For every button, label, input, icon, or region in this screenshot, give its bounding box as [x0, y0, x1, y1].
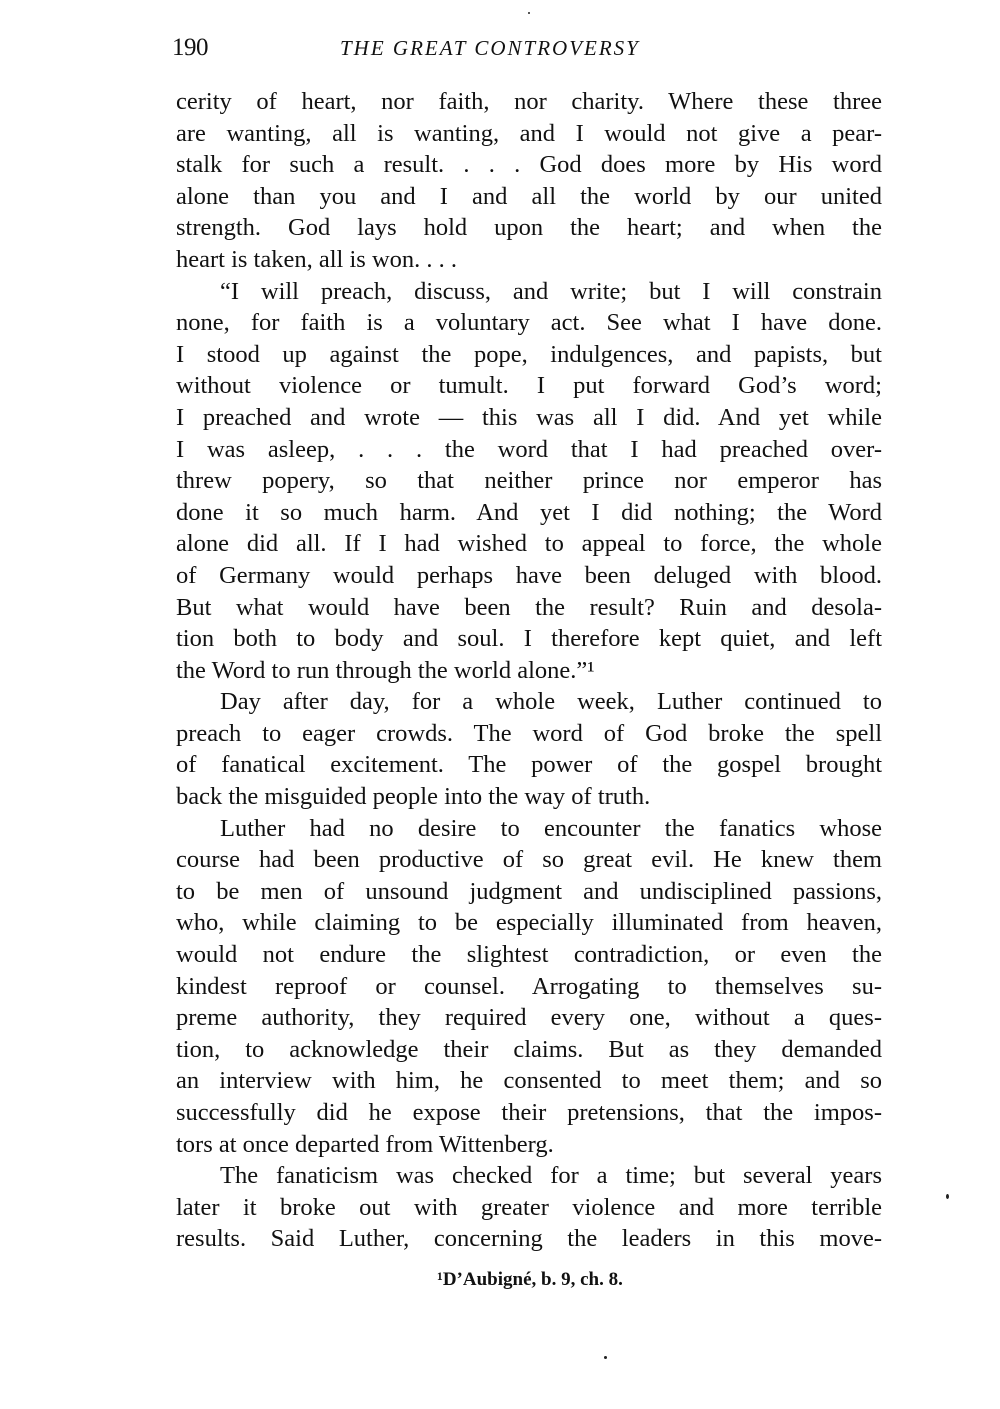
text-line: to be men of unsound judgment and undisc… — [176, 876, 882, 908]
text-line: Day after day, for a whole week, Luther … — [176, 686, 882, 718]
text-line: none, for faith is a voluntary act. See … — [176, 307, 882, 339]
text-line: results. Said Luther, concerning the lea… — [176, 1223, 882, 1255]
scan-speck — [604, 1356, 607, 1359]
text-line: successfully did he expose their pretens… — [176, 1097, 882, 1129]
text-line: But what would have been the result? Rui… — [176, 592, 882, 624]
text-line: tion both to body and soul. I therefore … — [176, 623, 882, 655]
text-line: threw popery, so that neither prince nor… — [176, 465, 882, 497]
text-line: I stood up against the pope, indulgences… — [176, 339, 882, 371]
text-line: “I will preach, discuss, and write; but … — [176, 276, 882, 308]
text-line: are wanting, all is wanting, and I would… — [176, 118, 882, 150]
text-line: I was asleep, . . . the word that I had … — [176, 434, 882, 466]
text-line: heart is taken, all is won. . . . — [176, 244, 882, 276]
text-line: alone did all. If I had wished to appeal… — [176, 528, 882, 560]
paragraph: cerity of heart, nor faith, nor charity.… — [176, 86, 882, 276]
footnote: ¹D’Aubigné, b. 9, ch. 8. — [0, 1269, 1000, 1291]
text-line: preach to eager crowds. The word of God … — [176, 718, 882, 750]
text-line: done it so much harm. And yet I did noth… — [176, 497, 882, 529]
text-line: would not endure the slightest contradic… — [176, 939, 882, 971]
scan-speck — [528, 12, 530, 14]
running-head: 190 THE GREAT CONTROVERSY — [172, 34, 884, 64]
text-line: The fanaticism was checked for a time; b… — [176, 1160, 882, 1192]
text-line: the Word to run through the world alone.… — [176, 655, 882, 687]
page-number: 190 — [172, 34, 208, 62]
book-page: 190 THE GREAT CONTROVERSY cerity of hear… — [0, 0, 1000, 1409]
text-line: later it broke out with greater violence… — [176, 1192, 882, 1224]
text-line: stalk for such a result. . . . God does … — [176, 149, 882, 181]
text-line: tors at once departed from Wittenberg. — [176, 1129, 882, 1161]
text-line: without violence or tumult. I put forwar… — [176, 370, 882, 402]
text-line: who, while claiming to be especially ill… — [176, 907, 882, 939]
text-line: kindest reproof or counsel. Arrogating t… — [176, 971, 882, 1003]
text-line: tion, to acknowledge their claims. But a… — [176, 1034, 882, 1066]
book-title: THE GREAT CONTROVERSY — [340, 36, 640, 61]
text-line: strength. God lays hold upon the heart; … — [176, 212, 882, 244]
text-line: alone than you and I and all the world b… — [176, 181, 882, 213]
text-line: an interview with him, he consented to m… — [176, 1065, 882, 1097]
text-line: of fanatical excitement. The power of th… — [176, 749, 882, 781]
scan-speck — [946, 1194, 949, 1199]
text-line: Luther had no desire to encounter the fa… — [176, 813, 882, 845]
paragraph: Day after day, for a whole week, Luther … — [176, 686, 882, 812]
paragraph: Luther had no desire to encounter the fa… — [176, 813, 882, 1161]
text-line: of Germany would perhaps have been delug… — [176, 560, 882, 592]
text-line: I preached and wrote — this was all I di… — [176, 402, 882, 434]
paragraph-quotation: “I will preach, discuss, and write; but … — [176, 276, 882, 687]
body-text: cerity of heart, nor faith, nor charity.… — [176, 86, 882, 1255]
text-line: cerity of heart, nor faith, nor charity.… — [176, 86, 882, 118]
text-line: course had been productive of so great e… — [176, 844, 882, 876]
text-line: preme authority, they required every one… — [176, 1002, 882, 1034]
paragraph: The fanaticism was checked for a time; b… — [176, 1160, 882, 1255]
text-line: back the misguided people into the way o… — [176, 781, 882, 813]
